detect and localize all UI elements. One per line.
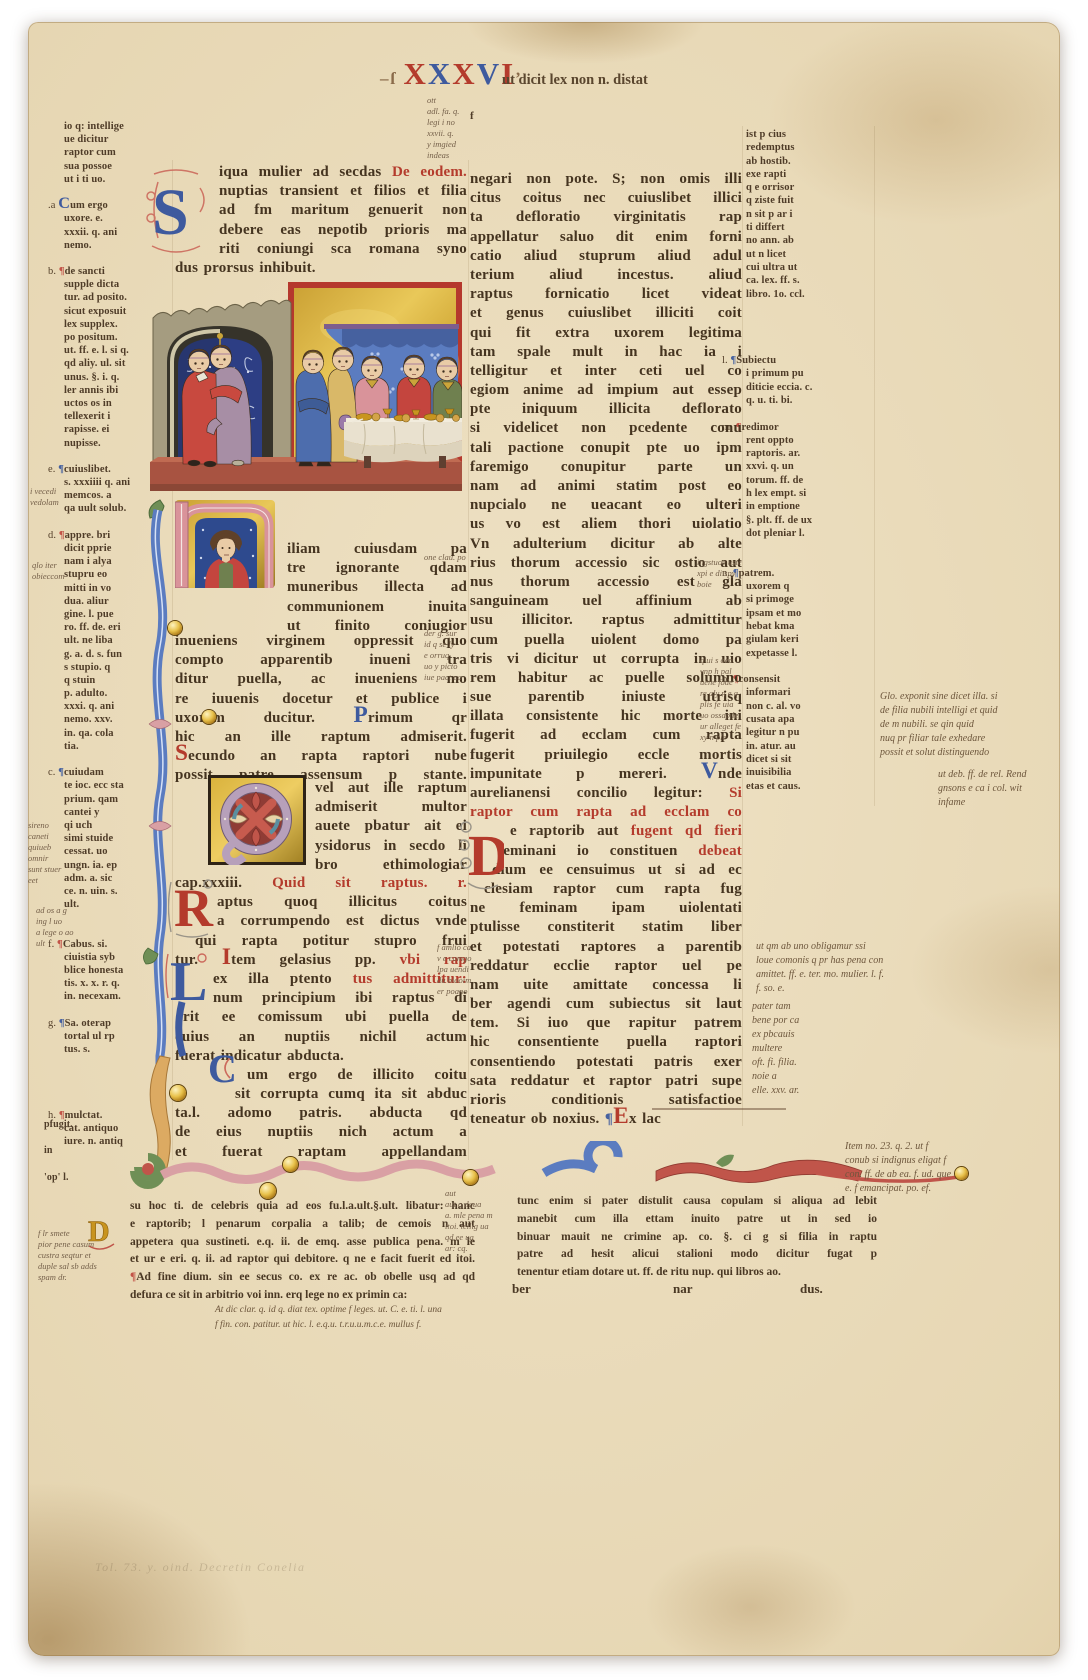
initial-s-letter: S	[152, 176, 189, 249]
bottom-gloss-right: tunc enim si pater distulit causa copula…	[517, 1193, 877, 1282]
glossator-signature-ber: ber	[512, 1281, 531, 1297]
left-edge-note-2: qlo iterobieccom	[32, 560, 65, 582]
left-edge-note-3: sirenocanetiquiuebomnirsunt stuereet	[28, 820, 61, 886]
initial-s: S	[146, 166, 206, 254]
left-edge-note-4: ad os a ging l uoa lege o aoult	[36, 905, 74, 949]
historiated-initial-bust	[175, 500, 275, 588]
marginal-note-5: Item no. 23. q. 2. ut fconub si indignus…	[845, 1140, 951, 1196]
faint-pencil-inscription: Tol. 73. y. oind. Decretin Conelia	[95, 1560, 305, 1575]
initial-l-letter: L	[170, 951, 207, 1013]
initial-l: L	[164, 948, 210, 1060]
intercolumn-note-1: ottadl. fa. q.legi i noxxvii. q.y imgied…	[427, 95, 459, 161]
left-edge-note-6: f lr smetepior pene casumcustra seqtur e…	[38, 1228, 97, 1283]
gold-bezant	[170, 1085, 186, 1101]
intercolumn-note-6: q ui s oenvnp h paluene fodere aly n e q…	[700, 655, 741, 743]
wedding-miniature	[150, 272, 462, 496]
main-left-paragraph-1: iqua mulier ad secdas De eodem.nuptias t…	[175, 163, 467, 278]
left-edge-sigla: pfugit.in'op' l.	[44, 1118, 73, 1184]
initial-d-letter: D	[468, 823, 504, 888]
initial-c: C	[206, 1046, 248, 1090]
scribal-stroke	[652, 1108, 786, 1110]
intercolumn-note-5: ingstuoe ustexpi e di spyboie	[697, 557, 742, 590]
glossator-signature-nar: nar	[673, 1281, 693, 1297]
initial-c-letter: C	[208, 1046, 237, 1090]
running-header-note: ut dicit lex non n. distat	[502, 72, 648, 89]
intercolumn-note-3: der g. surid q se lye orruquo y pictoiue…	[424, 628, 462, 683]
right-gloss-column: ist p ciusredemptusab hostib.exe raptiq …	[746, 128, 870, 793]
gold-bezant	[955, 1167, 968, 1180]
bust-face	[217, 537, 236, 559]
banquet-table	[339, 409, 462, 468]
initial-d-right-column: D	[460, 813, 504, 899]
decorated-initial-q	[208, 775, 306, 865]
marginal-note-3: ut qm ab uno obligamur ssiloue comonis q…	[756, 940, 884, 996]
gold-bezant	[202, 710, 216, 724]
intercolumn-note-4: f amlio cav e comgolpa uendidu biooimer …	[437, 942, 471, 997]
gold-bezant	[168, 621, 182, 635]
manuscript-leaf: –ſ XXXVIʼ ut dicit lex non n. distat f i…	[28, 22, 1060, 1656]
marginal-note-2: ut deb. ff. de rel. Rendgnsons e ca i co…	[938, 768, 1027, 810]
bottom-gloss-marginal-sigla: autaut q dquaa. mle pena mitoi. tellig u…	[445, 1188, 493, 1254]
bottom-gloss-left: su hoc ti. de celebris quia ad eos fu.l.…	[130, 1198, 475, 1305]
gold-bezant	[260, 1183, 276, 1199]
main-right-column: negari non pote. S; non omis illicitus c…	[470, 170, 742, 1129]
marginal-note-gloss-exposition: Glo. exponit sine dicet illa. side filia…	[880, 690, 998, 760]
ruling-line	[874, 126, 875, 806]
bas-de-page-flourish	[116, 1141, 966, 1199]
gold-bezant	[283, 1157, 298, 1172]
top-gloss-line: f	[470, 110, 872, 122]
intercolumn-note-2: one clau. po	[424, 552, 466, 563]
curtain-rod	[324, 324, 459, 329]
bottom-cursive-addition: At dic clar. q. id q. diat tex. optime f…	[215, 1303, 442, 1333]
main-left-paragraph-5: cap.xxxiii. Quid sit raptus. r.aptus quo…	[175, 874, 467, 1162]
initial-r: R	[168, 876, 216, 938]
gold-bezant	[463, 1170, 478, 1185]
ruling-line	[742, 126, 743, 1126]
initial-r-letter: R	[174, 878, 214, 938]
left-edge-note-1: i vecedivedolam	[30, 486, 59, 508]
glossator-signature-dus: dus.	[800, 1281, 823, 1297]
main-left-paragraph-4: vel aut ille raptumadmiserit multorauete…	[315, 779, 467, 875]
ruling-line	[468, 160, 469, 1160]
marginal-note-4: pater tambene por caex pbcauismultereoft…	[752, 1000, 799, 1098]
photograph-background: { "palette":{"parchment":"#e8dabb","ink"…	[0, 0, 1088, 1680]
